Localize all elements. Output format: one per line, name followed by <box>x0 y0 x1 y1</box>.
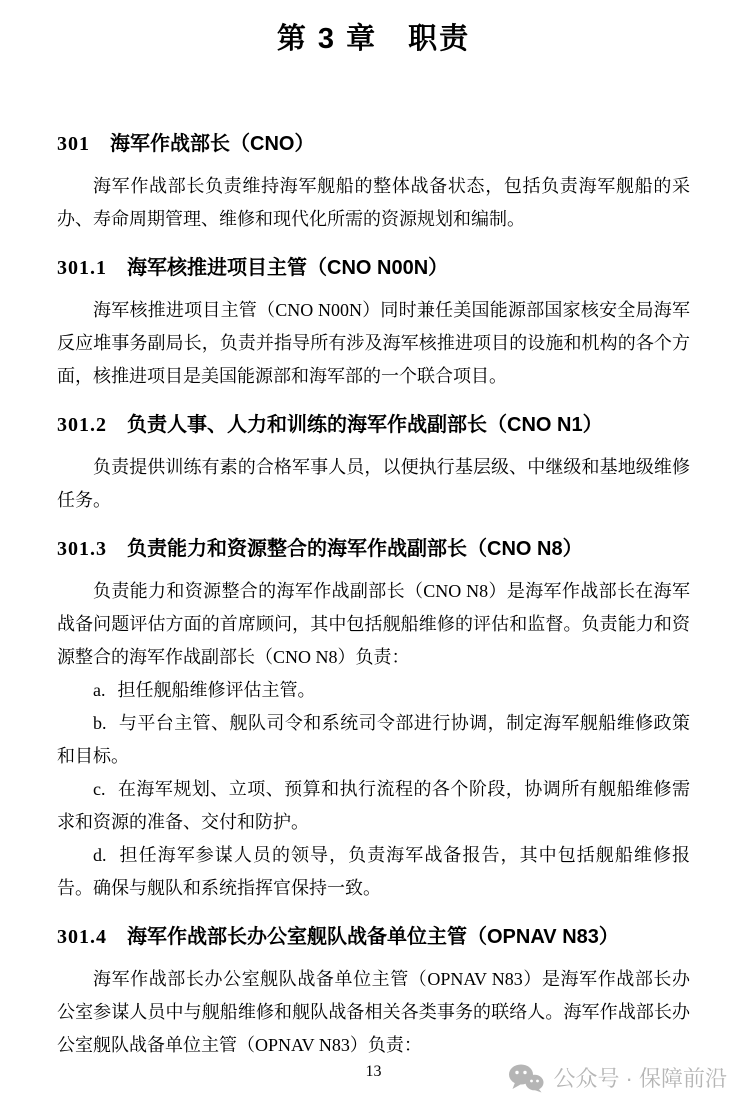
section-301: 301海军作战部长（CNO） 海军作战部长负责维持海军舰船的整体战备状态，包括负… <box>57 130 690 236</box>
chapter-title: 第 3 章 职责 <box>57 20 690 58</box>
list-item-c: c.在海军规划、立项、预算和执行流程的各个阶段，协调所有舰船维修需求和资源的准备… <box>57 773 690 839</box>
list-item-text: 在海军规划、立项、预算和执行流程的各个阶段，协调所有舰船维修需求和资源的准备、交… <box>57 779 690 832</box>
wechat-icon <box>508 1063 544 1093</box>
list-item-text: 与平台主管、舰队司令和系统司令部进行协调，制定海军舰船维修政策和目标。 <box>57 713 690 766</box>
section-title: 海军作战部长办公室舰队战备单位主管（OPNAV N83） <box>127 926 619 948</box>
paragraph: 海军作战部长办公室舰队战备单位主管（OPNAV N83）是海军作战部长办公室参谋… <box>57 963 690 1062</box>
list-item-label: a. <box>93 680 106 700</box>
paragraph: 负责能力和资源整合的海军作战副部长（CNO N8）是海军作战部长在海军战备问题评… <box>57 575 690 674</box>
section-title: 负责人事、人力和训练的海军作战副部长（CNO N1） <box>127 414 603 436</box>
paragraph: 海军作战部长负责维持海军舰船的整体战备状态，包括负责海军舰船的采办、寿命周期管理… <box>57 170 690 236</box>
section-heading-301: 301海军作战部长（CNO） <box>57 130 690 158</box>
list-item-text: 担任舰船维修评估主管。 <box>118 680 316 700</box>
list-item-text: 担任海军参谋人员的领导，负责海军战备报告，其中包括舰船维修报告。确保与舰队和系统… <box>57 845 690 898</box>
section-301-4: 301.4海军作战部长办公室舰队战备单位主管（OPNAV N83） 海军作战部长… <box>57 923 690 1062</box>
paragraph: 海军核推进项目主管（CNO N00N）同时兼任美国能源部国家核安全局海军反应堆事… <box>57 294 690 393</box>
document-page: 第 3 章 职责 301海军作战部长（CNO） 海军作战部长负责维持海军舰船的整… <box>0 0 747 1109</box>
section-heading-301-3: 301.3负责能力和资源整合的海军作战副部长（CNO N8） <box>57 535 690 563</box>
section-number: 301.4 <box>57 926 107 948</box>
section-301-1: 301.1海军核推进项目主管（CNO N00N） 海军核推进项目主管（CNO N… <box>57 254 690 393</box>
section-number: 301.3 <box>57 538 107 560</box>
section-heading-301-2: 301.2负责人事、人力和训练的海军作战副部长（CNO N1） <box>57 411 690 439</box>
list-item-label: b. <box>93 713 107 733</box>
section-301-3: 301.3负责能力和资源整合的海军作战副部长（CNO N8） 负责能力和资源整合… <box>57 535 690 905</box>
list-item-label: c. <box>93 779 106 799</box>
section-title: 负责能力和资源整合的海军作战副部长（CNO N8） <box>127 538 583 560</box>
list-item-d: d.担任海军参谋人员的领导，负责海军战备报告，其中包括舰船维修报告。确保与舰队和… <box>57 839 690 905</box>
section-heading-301-1: 301.1海军核推进项目主管（CNO N00N） <box>57 254 690 282</box>
section-number: 301 <box>57 133 90 155</box>
list-item-label: d. <box>93 845 107 865</box>
list-item-a: a.担任舰船维修评估主管。 <box>57 674 690 707</box>
section-301-2: 301.2负责人事、人力和训练的海军作战副部长（CNO N1） 负责提供训练有素… <box>57 411 690 517</box>
watermark: 公众号 · 保障前沿 <box>508 1062 727 1093</box>
section-number: 301.2 <box>57 414 107 436</box>
section-heading-301-4: 301.4海军作战部长办公室舰队战备单位主管（OPNAV N83） <box>57 923 690 951</box>
paragraph: 负责提供训练有素的合格军事人员，以便执行基层级、中继级和基地级维修任务。 <box>57 451 690 517</box>
watermark-text: 公众号 · 保障前沿 <box>553 1062 727 1093</box>
list-item-b: b.与平台主管、舰队司令和系统司令部进行协调，制定海军舰船维修政策和目标。 <box>57 707 690 773</box>
section-title: 海军作战部长（CNO） <box>110 133 314 155</box>
section-title: 海军核推进项目主管（CNO N00N） <box>127 257 448 279</box>
section-number: 301.1 <box>57 257 107 279</box>
